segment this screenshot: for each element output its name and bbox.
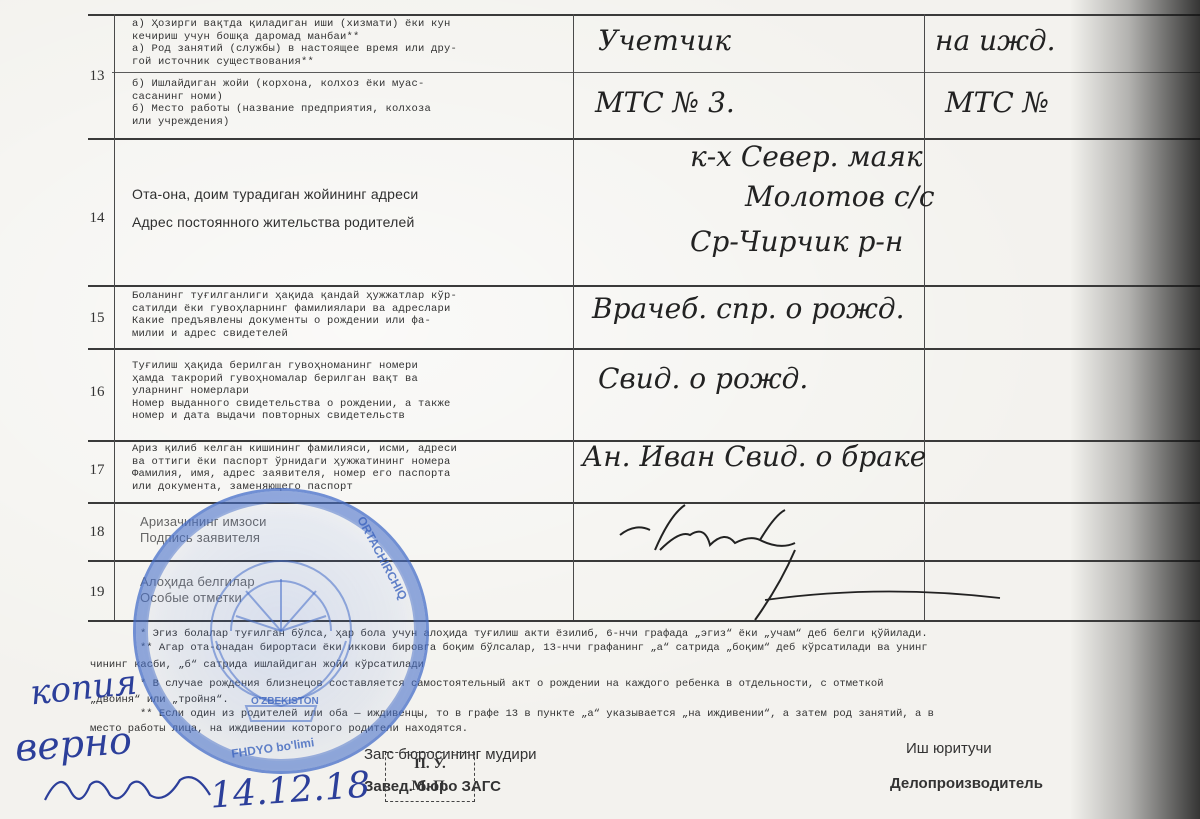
label-line: Боланинг туғилганлиги ҳақида қандай ҳужж… <box>132 290 572 303</box>
label-line: Ариз қилиб келган кишининг фамилияси, ис… <box>132 443 572 456</box>
entry-address-line2: Молотов с/с <box>745 180 935 213</box>
label-line: а) Род занятий (службы) в настоящее врем… <box>132 43 572 56</box>
label-line: Ота-она, доим турадиган жойининг адреси <box>132 180 572 208</box>
handwritten-date: 14.12.18 <box>209 764 372 816</box>
row16-label: Туғилиш ҳақида берилган гувоҳноманинг но… <box>132 360 572 423</box>
entry-father-occupation: на ижд. <box>935 24 1056 57</box>
row-rule <box>88 138 1200 140</box>
label-line: Какие предъявлены документы о рождении и… <box>132 315 572 328</box>
seal-placeholder-box: П. У. М. П. <box>385 752 475 802</box>
blank-dash-mark <box>760 580 1020 610</box>
entry-address-line3: Ср-Чирчик р-н <box>690 225 903 258</box>
clerk-title-ru: Делопроизводитель <box>890 775 1043 792</box>
row13b-label: б) Ишлайдиган жойи (корхона, колхоз ёки … <box>132 78 572 128</box>
row-number: 16 <box>82 384 112 401</box>
entry-address-line1: к-х Север. маяк <box>690 140 923 173</box>
entry-birth-documents: Врачеб. спр. о рожд. <box>592 292 905 325</box>
label-line: Фамилия, имя, адрес заявителя, номер его… <box>132 468 572 481</box>
row-number: 17 <box>82 462 112 479</box>
row-number: 19 <box>82 584 112 601</box>
label-line: уларнинг номерлари <box>132 385 572 398</box>
row14-label: Ота-она, доим турадиган жойининг адреси … <box>132 180 572 236</box>
label-line: милии и адрес свидетелей <box>132 328 572 341</box>
label-line: гой источник существования** <box>132 56 572 69</box>
row17-label: Ариз қилиб келган кишининг фамилияси, ис… <box>132 443 572 493</box>
row-number: 13 <box>82 68 112 85</box>
row-rule <box>88 285 1200 287</box>
seal-box-line: М. П. <box>386 775 474 797</box>
label-line: б) Ишлайдиган жойи (корхона, колхоз ёки … <box>132 78 572 91</box>
table-top-rule <box>88 14 1200 16</box>
label-line: Номер выданного свидетельства о рождении… <box>132 398 572 411</box>
row-number: 14 <box>82 210 112 227</box>
entry-column-rule <box>924 14 925 620</box>
document-page: 13 а) Ҳозирги вақтда қиладиган иши (хизм… <box>0 0 1200 819</box>
entry-mother-workplace: МТС № 3. <box>595 86 735 119</box>
label-line: или учреждения) <box>132 116 572 129</box>
official-seal-stamp: ORTACHIRCHIQ FHDYO bo'limi O'ZBEKISTON <box>133 488 429 774</box>
stamp-text-inner: O'ZBEKISTON <box>251 696 319 707</box>
scan-edge-shadow <box>1070 0 1200 819</box>
label-line: ва оттиги ёки паспорт ўрнидаги ҳужжатини… <box>132 456 572 469</box>
seal-box-line: П. У. <box>386 753 474 775</box>
row-rule <box>88 348 1200 350</box>
row15-label: Боланинг туғилганлиги ҳақида қандай ҳужж… <box>132 290 572 340</box>
row-number: 18 <box>82 524 112 541</box>
entry-certificate-number: Свид. о рожд. <box>598 362 808 395</box>
row13a-label: а) Ҳозирги вақтда қиладиган иши (хизмати… <box>132 18 572 68</box>
label-line: ҳамда такрорий гувоҳномалар берилган вақ… <box>132 373 572 386</box>
handwritten-signature <box>40 760 220 815</box>
label-line: Адрес постоянного жительства родителей <box>132 208 572 236</box>
label-line: сатилди ёки гувоҳларнинг фамилиялари ва … <box>132 303 572 316</box>
label-line: Туғилиш ҳақида берилган гувоҳноманинг но… <box>132 360 572 373</box>
clerk-title-uz: Иш юритучи <box>906 740 992 757</box>
label-line: а) Ҳозирги вақтда қиладиган иши (хизмати… <box>132 18 572 31</box>
coat-of-arms-icon <box>136 491 426 771</box>
entry-father-workplace: МТС № <box>945 86 1049 119</box>
label-line: кечириш учун бошқа даромад манбаи** <box>132 31 572 44</box>
row-number: 15 <box>82 310 112 327</box>
label-line: номер и дата выдачи повторных свидетельс… <box>132 410 572 423</box>
entry-applicant: Ан. Иван Свид. о браке <box>582 440 926 473</box>
number-column-rule <box>114 14 115 620</box>
row13-split-rule <box>112 72 1200 73</box>
label-line: сасанинг номи) <box>132 91 572 104</box>
label-line: б) Место работы (название предприятия, к… <box>132 103 572 116</box>
entry-mother-occupation: Учетчик <box>598 24 731 57</box>
